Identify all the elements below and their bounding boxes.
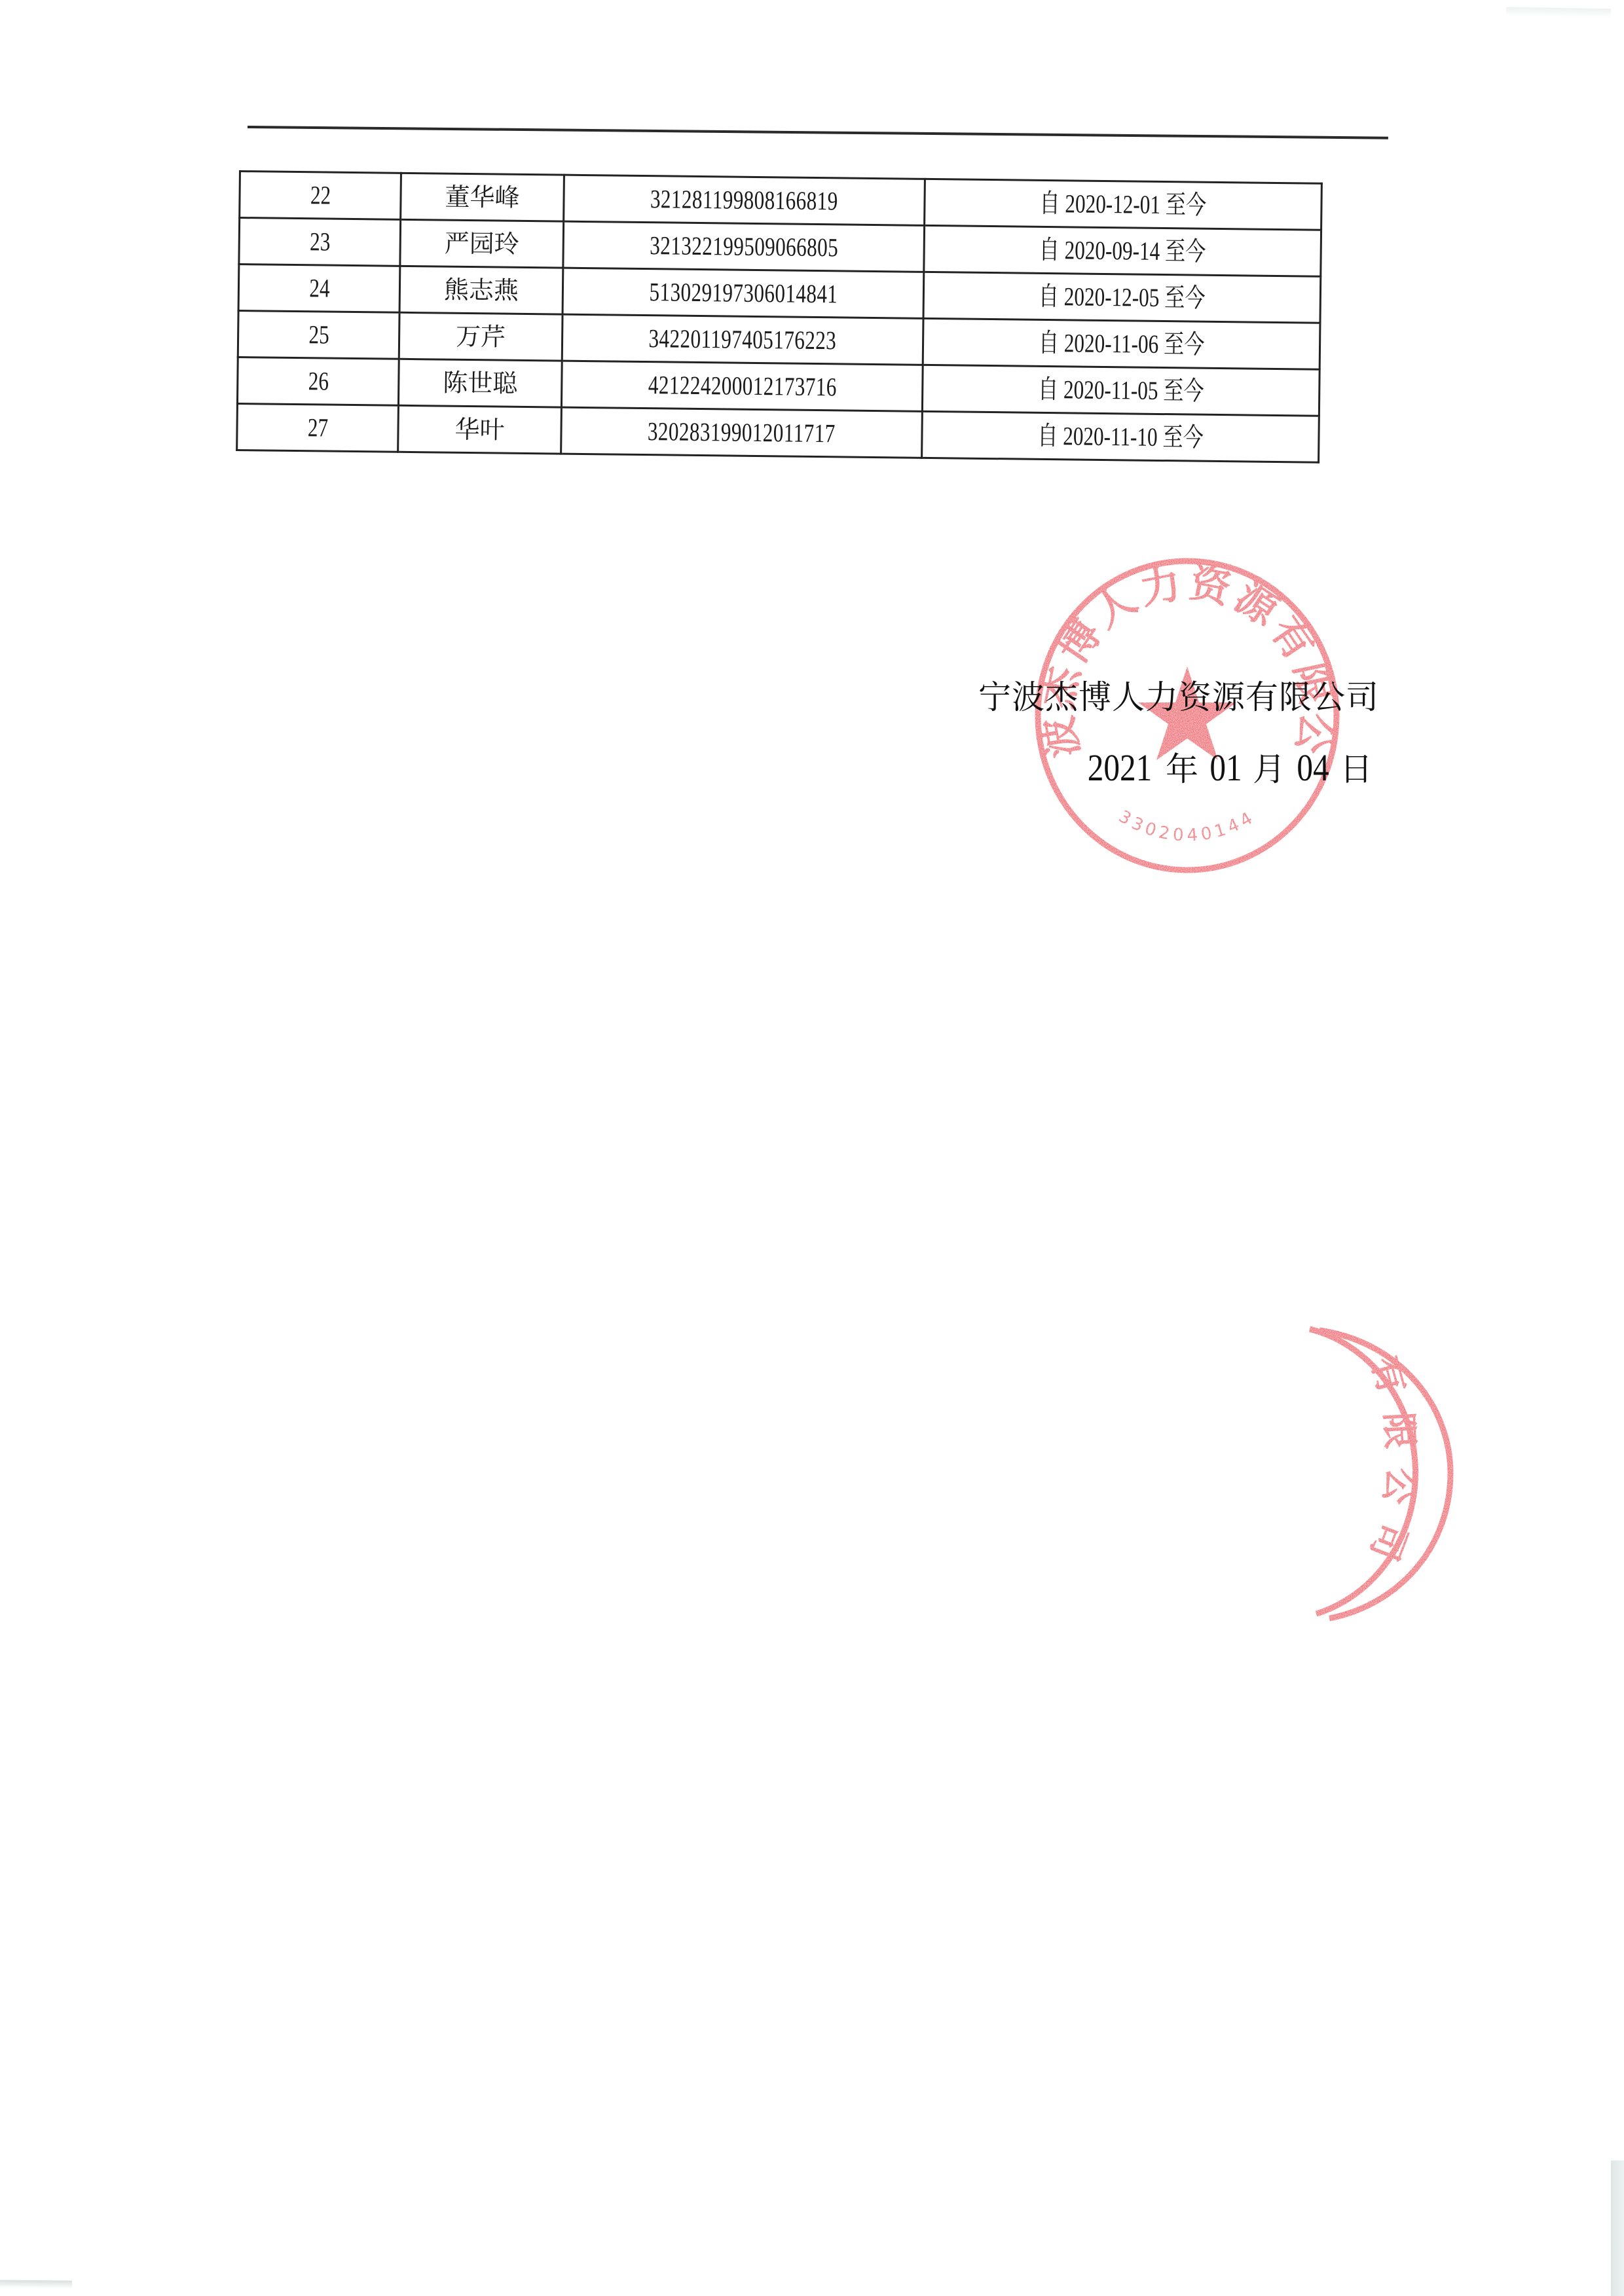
id-number-cell: 320283199012011717 bbox=[561, 407, 923, 458]
scan-artifact-bottom bbox=[0, 2280, 72, 2289]
employment-period-cell: 自 2020-11-06 至今 bbox=[923, 318, 1320, 369]
svg-text:限: 限 bbox=[1376, 1411, 1421, 1449]
date-day: 04 bbox=[1297, 746, 1329, 790]
id-number: 321281199808166819 bbox=[650, 186, 838, 214]
signature-block: 宁波杰博人力资源有限公司 2021 年 01 月 04 日 bbox=[908, 671, 1366, 790]
date-day-unit: 日 bbox=[1340, 750, 1373, 788]
employee-name: 万芹 bbox=[456, 322, 506, 352]
row-number: 23 bbox=[309, 228, 330, 255]
employee-name-cell: 万芹 bbox=[399, 312, 563, 361]
id-number-cell: 421224200012173716 bbox=[561, 361, 923, 411]
date-year: 2021 bbox=[1087, 746, 1152, 790]
employee-name: 陈世聪 bbox=[443, 369, 518, 398]
id-number: 513029197306014841 bbox=[649, 279, 838, 307]
row-number: 27 bbox=[307, 414, 328, 441]
row-number-cell: 25 bbox=[238, 311, 399, 359]
employee-name-cell: 董华峰 bbox=[401, 173, 564, 221]
employee-name: 董华峰 bbox=[445, 183, 520, 212]
roster-table-wrapper: 22董华峰321281199808166819自 2020-12-01 至今23… bbox=[236, 170, 1323, 464]
id-number: 320283199012011717 bbox=[648, 418, 836, 446]
id-number-cell: 513029197306014841 bbox=[563, 268, 924, 318]
date-month-unit: 月 bbox=[1253, 750, 1285, 788]
employment-period: 自 2020-12-05 至今 bbox=[1039, 283, 1206, 312]
scan-artifact-top bbox=[1506, 7, 1611, 18]
employment-period-cell: 自 2020-12-05 至今 bbox=[923, 272, 1321, 323]
row-number: 22 bbox=[310, 182, 331, 208]
row-number-cell: 22 bbox=[240, 172, 401, 220]
employee-name-cell: 陈世聪 bbox=[398, 359, 562, 407]
employee-name: 熊志燕 bbox=[444, 276, 519, 305]
employee-name: 华叶 bbox=[454, 415, 505, 445]
scan-artifact-right bbox=[1611, 2160, 1624, 2296]
id-number-cell: 342201197405176223 bbox=[562, 314, 923, 365]
id-number: 421224200012173716 bbox=[648, 372, 836, 400]
employee-name: 严园玲 bbox=[444, 229, 519, 259]
row-number: 25 bbox=[308, 321, 329, 348]
employment-period: 自 2020-12-01 至今 bbox=[1039, 191, 1206, 219]
employee-name-cell: 华叶 bbox=[398, 405, 562, 454]
employment-period-cell: 自 2020-12-01 至今 bbox=[925, 179, 1322, 230]
company-name: 宁波杰博人力资源有限公司 bbox=[908, 671, 1379, 718]
id-number: 342201197405176223 bbox=[649, 325, 837, 354]
row-number: 24 bbox=[309, 275, 330, 301]
row-number-cell: 23 bbox=[239, 218, 401, 266]
employee-roster-table: 22董华峰321281199808166819自 2020-12-01 至今23… bbox=[236, 170, 1323, 464]
employee-name-cell: 严园玲 bbox=[400, 219, 564, 268]
header-divider bbox=[248, 126, 1388, 139]
employment-period-cell: 自 2020-11-10 至今 bbox=[922, 411, 1319, 462]
row-number: 26 bbox=[308, 368, 329, 394]
employment-period-cell: 自 2020-11-05 至今 bbox=[922, 365, 1319, 416]
row-number-cell: 26 bbox=[237, 357, 399, 405]
svg-text:有: 有 bbox=[1363, 1352, 1413, 1398]
document-page: 22董华峰321281199808166819自 2020-12-01 至今23… bbox=[0, 0, 1624, 2296]
id-number: 321322199509066805 bbox=[650, 232, 838, 261]
date-year-unit: 年 bbox=[1166, 750, 1198, 788]
employment-period-cell: 自 2020-09-14 至今 bbox=[924, 225, 1321, 276]
date-month: 01 bbox=[1209, 746, 1242, 790]
signature-date: 2021 年 01 月 04 日 bbox=[908, 743, 1373, 790]
employment-period: 自 2020-09-14 至今 bbox=[1039, 237, 1206, 265]
row-number-cell: 24 bbox=[238, 264, 400, 313]
id-number-cell: 321281199808166819 bbox=[564, 175, 925, 225]
svg-text:3302040144: 3302040144 bbox=[1115, 807, 1259, 845]
employment-period: 自 2020-11-10 至今 bbox=[1037, 423, 1204, 451]
id-number-cell: 321322199509066805 bbox=[563, 221, 925, 272]
svg-text:公: 公 bbox=[1375, 1465, 1423, 1507]
row-number-cell: 27 bbox=[237, 403, 399, 452]
employment-period: 自 2020-11-05 至今 bbox=[1038, 376, 1204, 405]
employment-period: 自 2020-11-06 至今 bbox=[1039, 330, 1205, 358]
employee-name-cell: 熊志燕 bbox=[399, 266, 563, 314]
cross-page-seal: 有限公司 bbox=[1303, 1316, 1467, 1624]
